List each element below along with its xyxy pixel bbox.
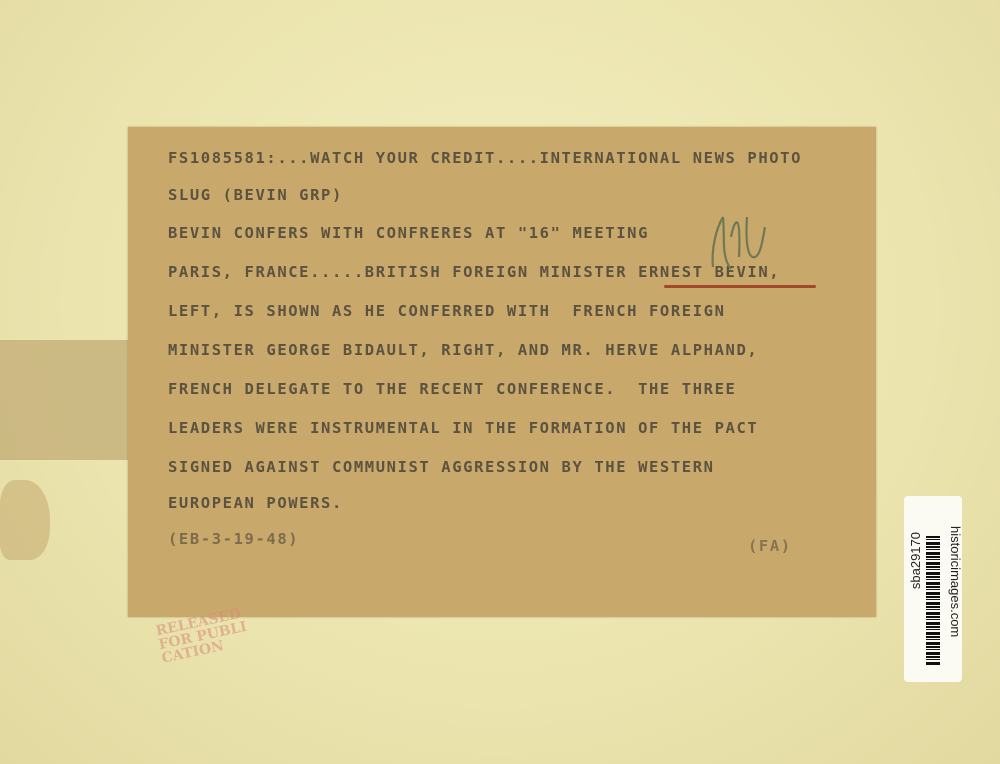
caption-line: FRENCH DELEGATE TO THE RECENT CONFERENCE… bbox=[168, 380, 736, 398]
barcode-icon bbox=[926, 536, 940, 666]
label-id: sba29170 bbox=[908, 532, 923, 589]
red-underline bbox=[664, 285, 816, 288]
caption-line: EUROPEAN POWERS. bbox=[168, 494, 343, 512]
caption-line: MINISTER GEORGE BIDAULT, RIGHT, AND MR. … bbox=[168, 341, 758, 359]
caption-line: BEVIN CONFERS WITH CONFRERES AT "16" MEE… bbox=[168, 224, 649, 242]
tape-residue bbox=[0, 340, 140, 460]
barcode-label: historicimages.com sba29170 bbox=[904, 496, 962, 682]
caption-line: SLUG (BEVIN GRP) bbox=[168, 186, 343, 204]
tape-residue-small bbox=[0, 480, 50, 560]
caption-line: LEADERS WERE INSTRUMENTAL IN THE FORMATI… bbox=[168, 419, 758, 437]
caption-line: SIGNED AGAINST COMMUNIST AGGRESSION BY T… bbox=[168, 458, 715, 476]
date-code: (EB-3-19-48) bbox=[168, 530, 299, 548]
label-site: historicimages.com bbox=[948, 526, 963, 637]
caption-line: LEFT, IS SHOWN AS HE CONFERRED WITH FREN… bbox=[168, 302, 726, 320]
caption-line: FS1085581:...WATCH YOUR CREDIT....INTERN… bbox=[168, 149, 802, 167]
caption-clipping: FS1085581:...WATCH YOUR CREDIT....INTERN… bbox=[128, 127, 876, 617]
caption-line: PARIS, FRANCE.....BRITISH FOREIGN MINIST… bbox=[168, 263, 780, 281]
signature-mark bbox=[703, 197, 773, 277]
initials: (FA) bbox=[748, 537, 792, 555]
